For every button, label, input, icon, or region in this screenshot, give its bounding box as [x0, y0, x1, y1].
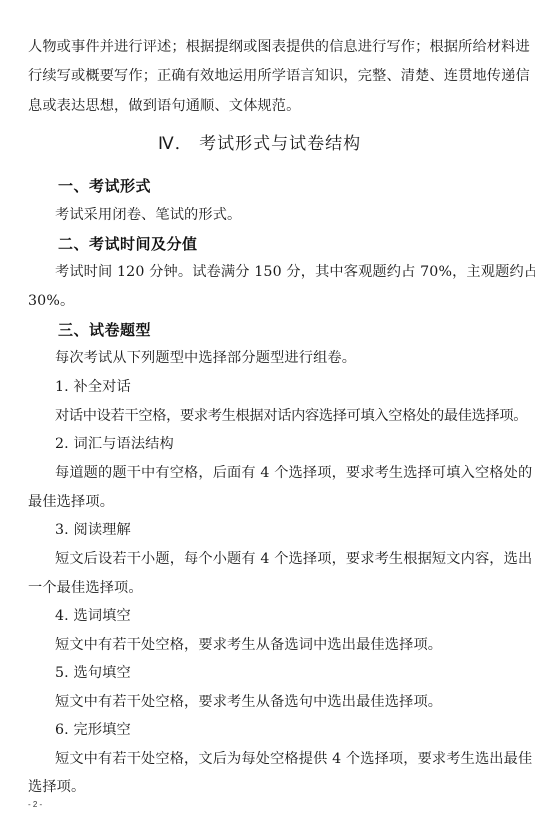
type-6-desc-line-2: 选择项。	[28, 777, 85, 797]
type-2-desc-line-2: 最佳选择项。	[28, 492, 114, 512]
exam-format-text: 考试采用闭卷、笔试的形式。	[55, 205, 241, 225]
exam-time-text-line-1: 考试时间 120 分钟。试卷满分 150 分，其中客观题约占 70%，主观题约占	[55, 262, 535, 282]
type-3-desc-line-2: 一个最佳选择项。	[28, 578, 143, 598]
type-1-title: 1. 补全对话	[55, 377, 131, 397]
intro-line-3: 息或表达思想，做到语句通顺、文体规范。	[28, 96, 300, 116]
question-types-intro: 每次考试从下列题型中选择部分题型进行组卷。	[55, 348, 356, 368]
type-4-desc: 短文中有若干处空格，要求考生从备选词中选出最佳选择项。	[55, 635, 442, 655]
type-5-desc: 短文中有若干处空格，要求考生从备选句中选出最佳选择项。	[55, 692, 442, 712]
intro-line-1: 人物或事件并进行评述；根据提纲或图表提供的信息进行写作；根据所给材料进	[28, 37, 530, 57]
type-6-title: 6. 完形填空	[55, 720, 131, 740]
type-5-title: 5. 选句填空	[55, 663, 131, 683]
type-2-title: 2. 词汇与语法结构	[55, 434, 174, 454]
heading-question-types: 三、试卷题型	[58, 320, 151, 340]
type-1-desc: 对话中设若干空格，要求考生根据对话内容选择可填入空格处的最佳选择项。	[55, 406, 527, 426]
heading-exam-time-score: 二、考试时间及分值	[58, 234, 198, 254]
intro-line-2: 行续写或概要写作；正确有效地运用所学语言知识，完整、清楚、连贯地传递信	[28, 66, 530, 86]
heading-exam-format: 一、考试形式	[58, 176, 151, 196]
section-title: Ⅳ． 考试形式与试卷结构	[158, 133, 361, 155]
type-2-desc-line-1: 每道题的题干中有空格，后面有 4 个选择项，要求考生选择可填入空格处的	[55, 463, 532, 483]
page-number: - 2 -	[28, 800, 42, 810]
type-3-desc-line-1: 短文后设若干小题，每个小题有 4 个选择项，要求考生根据短文内容，选出	[55, 549, 532, 569]
type-6-desc-line-1: 短文中有若干处空格，文后为每处空格提供 4 个选择项，要求考生选出最佳	[55, 749, 532, 769]
exam-time-text-line-2: 30%。	[28, 291, 74, 311]
type-3-title: 3. 阅读理解	[55, 520, 131, 540]
type-4-title: 4. 选词填空	[55, 606, 131, 626]
